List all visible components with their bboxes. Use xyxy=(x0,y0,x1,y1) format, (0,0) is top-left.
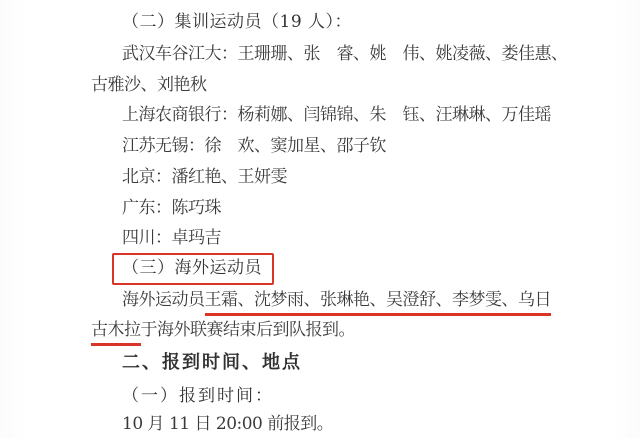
team-sichuan-line: 四川：卓玛吉 xyxy=(122,228,221,248)
team-guangdong-line: 广东：陈巧珠 xyxy=(122,198,221,218)
overseas-players-line-2: 古木拉于海外联赛结束后到队报到。 xyxy=(91,320,355,340)
red-underline-annotation: 王霜、沈梦雨、张琳艳、吴澄舒、李梦雯、乌日 xyxy=(205,290,552,316)
section-2-heading: （二）集训运动员（19 人）： xyxy=(122,12,352,32)
report-time-heading: （一）报到时间： xyxy=(122,386,274,406)
red-rectangle-annotation: （三）海外运动员 xyxy=(112,253,274,285)
red-underline-annotation-2: 古木拉 xyxy=(91,320,141,346)
team-wuhan-line-2: 古雅沙、刘艳秋 xyxy=(91,75,207,95)
overseas-suffix: 于海外联赛结束后到队报到。 xyxy=(141,320,356,340)
section-3-heading-row: （三）海外运动员 xyxy=(122,253,274,285)
overseas-players-line-1: 海外运动员王霜、沈梦雨、张琳艳、吴澄舒、李梦雯、乌日 xyxy=(122,290,551,310)
team-wuhan-line-1: 武汉车谷江大：王珊珊、张 睿、姚 伟、姚凌薇、娄佳惠、 xyxy=(122,44,568,64)
team-shanghai-line: 上海农商银行：杨莉娜、闫锦锦、朱 钰、汪琳琳、万佳瑶 xyxy=(122,105,551,125)
section-report-heading: 二、报到时间、地点 xyxy=(122,353,302,373)
section-3-heading: （三）海外运动员 xyxy=(122,258,262,278)
overseas-prefix: 海外运动员 xyxy=(122,290,205,310)
document-page: （二）集训运动员（19 人）： 武汉车谷江大：王珊珊、张 睿、姚 伟、姚凌薇、娄… xyxy=(0,0,640,438)
team-jiangsu-line: 江苏无锡：徐 欢、窦加星、邵子钦 xyxy=(122,136,386,156)
report-time-value: 10 月 11 日 20:00 前报到。 xyxy=(122,414,333,434)
team-beijing-line: 北京：潘红艳、王妍雯 xyxy=(122,167,287,187)
